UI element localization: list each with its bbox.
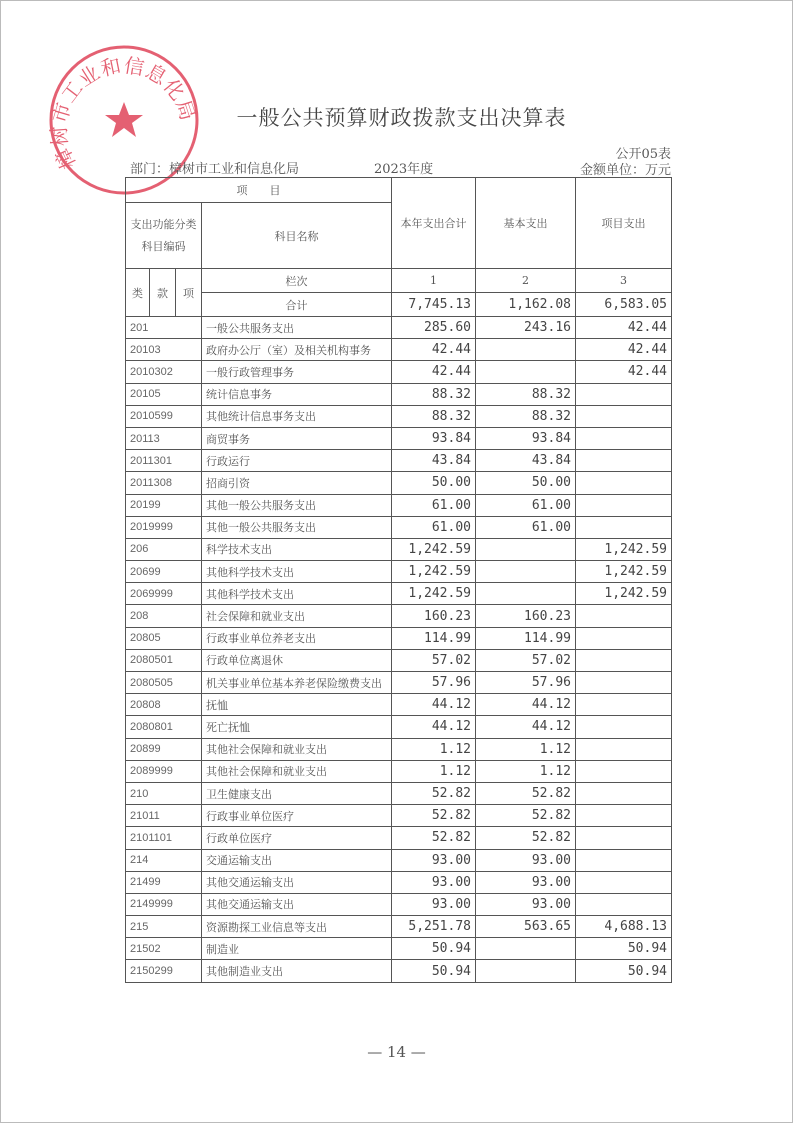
table-row: 21502制造业50.9450.94 [126, 938, 672, 960]
row-basic: 563.65 [476, 916, 576, 938]
row-subject-name: 其他科学技术支出 [202, 583, 392, 605]
row-basic: 61.00 [476, 516, 576, 538]
table-row: 2080505机关事业单位基本养老保险缴费支出57.9657.96 [126, 672, 672, 694]
table-row: 21011行政事业单位医疗52.8252.82 [126, 805, 672, 827]
table-row: 214交通运输支出93.0093.00 [126, 849, 672, 871]
table-row: 2080801死亡抚恤44.1244.12 [126, 716, 672, 738]
row-basic: 52.82 [476, 782, 576, 804]
row-code: 2080801 [126, 716, 202, 738]
row-project: 42.44 [576, 317, 672, 339]
row-total: 93.00 [392, 871, 476, 893]
row-project [576, 383, 672, 405]
row-code: 2080505 [126, 672, 202, 694]
row-code: 20899 [126, 738, 202, 760]
row-total: 50.00 [392, 472, 476, 494]
table-row: 210卫生健康支出52.8252.82 [126, 782, 672, 804]
row-code: 20105 [126, 383, 202, 405]
row-basic: 43.84 [476, 450, 576, 472]
table-row: 2010599其他统计信息事务支出88.3288.32 [126, 405, 672, 427]
row-project [576, 627, 672, 649]
row-basic: 93.00 [476, 893, 576, 915]
row-total: 52.82 [392, 827, 476, 849]
row-project: 50.94 [576, 938, 672, 960]
row-code: 2080501 [126, 649, 202, 671]
row-total: 1.12 [392, 738, 476, 760]
header-column-index-label: 栏次 [202, 269, 392, 293]
row-project [576, 738, 672, 760]
sum-total: 7,745.13 [392, 293, 476, 317]
row-project: 42.44 [576, 361, 672, 383]
row-total: 42.44 [392, 339, 476, 361]
row-project [576, 782, 672, 804]
row-subject-name: 行政单位医疗 [202, 827, 392, 849]
table-row: 20113商贸事务93.8493.84 [126, 427, 672, 449]
row-basic [476, 561, 576, 583]
row-basic [476, 361, 576, 383]
row-code: 2089999 [126, 760, 202, 782]
row-total: 88.32 [392, 383, 476, 405]
row-project [576, 805, 672, 827]
row-subject-name: 其他科学技术支出 [202, 561, 392, 583]
sum-row: 合计 7,745.13 1,162.08 6,583.05 [126, 293, 672, 317]
header-lei: 类 [126, 269, 150, 317]
row-basic: 88.32 [476, 405, 576, 427]
department-label: 部门：樟树市工业和信息化局 [130, 158, 299, 177]
row-subject-name: 交通运输支出 [202, 849, 392, 871]
row-subject-name: 一般行政管理事务 [202, 361, 392, 383]
row-subject-name: 卫生健康支出 [202, 782, 392, 804]
row-basic: 88.32 [476, 383, 576, 405]
header-col-project: 项目支出 [576, 178, 672, 269]
row-code: 2019999 [126, 516, 202, 538]
row-basic: 1.12 [476, 738, 576, 760]
table-row: 2150299其他制造业支出50.9450.94 [126, 960, 672, 982]
row-total: 44.12 [392, 694, 476, 716]
row-project [576, 694, 672, 716]
row-project [576, 472, 672, 494]
header-code-group: 支出功能分类 科目编码 [126, 203, 202, 269]
row-basic: 93.84 [476, 427, 576, 449]
row-basic [476, 960, 576, 982]
row-basic [476, 583, 576, 605]
row-project [576, 516, 672, 538]
row-basic: 61.00 [476, 494, 576, 516]
row-basic: 93.00 [476, 849, 576, 871]
sum-label: 合计 [202, 293, 392, 317]
row-project: 1,242.59 [576, 583, 672, 605]
header-col-basic: 基本支出 [476, 178, 576, 269]
row-total: 42.44 [392, 361, 476, 383]
row-total: 1,242.59 [392, 538, 476, 560]
row-subject-name: 其他社会保障和就业支出 [202, 760, 392, 782]
row-code: 2010302 [126, 361, 202, 383]
row-basic [476, 538, 576, 560]
row-subject-name: 行政事业单位医疗 [202, 805, 392, 827]
table-row: 20808抚恤44.1244.12 [126, 694, 672, 716]
fiscal-year: 2023年度 [374, 158, 433, 177]
row-code: 208 [126, 605, 202, 627]
row-basic: 50.00 [476, 472, 576, 494]
header-col-total: 本年支出合计 [392, 178, 476, 269]
sum-project: 6,583.05 [576, 293, 672, 317]
row-code: 20113 [126, 427, 202, 449]
row-code: 21011 [126, 805, 202, 827]
table-row: 206科学技术支出1,242.591,242.59 [126, 538, 672, 560]
row-total: 5,251.78 [392, 916, 476, 938]
row-basic: 44.12 [476, 716, 576, 738]
header-kuan: 款 [150, 269, 176, 317]
row-subject-name: 科学技术支出 [202, 538, 392, 560]
row-subject-name: 政府办公厅（室）及相关机构事务 [202, 339, 392, 361]
table-row: 20899其他社会保障和就业支出1.121.12 [126, 738, 672, 760]
row-code: 206 [126, 538, 202, 560]
row-total: 50.94 [392, 960, 476, 982]
row-project [576, 605, 672, 627]
row-project [576, 827, 672, 849]
row-project [576, 405, 672, 427]
table-row: 20103政府办公厅（室）及相关机构事务42.4442.44 [126, 339, 672, 361]
column-index-3: 3 [576, 269, 672, 293]
row-subject-name: 行政单位离退休 [202, 649, 392, 671]
row-code: 20103 [126, 339, 202, 361]
row-project [576, 672, 672, 694]
header-item: 项 目 [126, 178, 392, 203]
row-code: 215 [126, 916, 202, 938]
row-basic: 93.00 [476, 871, 576, 893]
table-row: 20199其他一般公共服务支出61.0061.00 [126, 494, 672, 516]
header-code-group-line1: 支出功能分类 [130, 214, 197, 236]
row-subject-name: 资源勘探工业信息等支出 [202, 916, 392, 938]
row-subject-name: 其他一般公共服务支出 [202, 494, 392, 516]
table-row: 20105统计信息事务88.3288.32 [126, 383, 672, 405]
row-total: 52.82 [392, 805, 476, 827]
row-subject-name: 统计信息事务 [202, 383, 392, 405]
row-code: 2011308 [126, 472, 202, 494]
row-subject-name: 机关事业单位基本养老保险缴费支出 [202, 672, 392, 694]
row-code: 2101101 [126, 827, 202, 849]
row-project: 50.94 [576, 960, 672, 982]
row-total: 43.84 [392, 450, 476, 472]
row-total: 1,242.59 [392, 583, 476, 605]
row-total: 114.99 [392, 627, 476, 649]
table-row: 2019999其他一般公共服务支出61.0061.00 [126, 516, 672, 538]
row-subject-name: 其他交通运输支出 [202, 871, 392, 893]
row-code: 2010599 [126, 405, 202, 427]
sum-basic: 1,162.08 [476, 293, 576, 317]
row-code: 20199 [126, 494, 202, 516]
table-row: 21499其他交通运输支出93.0093.00 [126, 871, 672, 893]
row-total: 285.60 [392, 317, 476, 339]
row-code: 2150299 [126, 960, 202, 982]
table-row: 20805行政事业单位养老支出114.99114.99 [126, 627, 672, 649]
row-subject-name: 招商引资 [202, 472, 392, 494]
row-subject-name: 社会保障和就业支出 [202, 605, 392, 627]
row-subject-name: 行政运行 [202, 450, 392, 472]
row-subject-name: 其他统计信息事务支出 [202, 405, 392, 427]
row-project [576, 649, 672, 671]
row-project: 42.44 [576, 339, 672, 361]
row-basic: 57.96 [476, 672, 576, 694]
table-row: 215资源勘探工业信息等支出5,251.78563.654,688.13 [126, 916, 672, 938]
table-row: 2069999其他科学技术支出1,242.591,242.59 [126, 583, 672, 605]
row-total: 1,242.59 [392, 561, 476, 583]
row-code: 2149999 [126, 893, 202, 915]
row-code: 214 [126, 849, 202, 871]
header-subject-name: 科目名称 [202, 203, 392, 269]
row-total: 61.00 [392, 494, 476, 516]
row-total: 1.12 [392, 760, 476, 782]
row-total: 61.00 [392, 516, 476, 538]
row-subject-name: 其他交通运输支出 [202, 893, 392, 915]
row-total: 93.00 [392, 893, 476, 915]
row-basic: 114.99 [476, 627, 576, 649]
table-row: 2011301行政运行43.8443.84 [126, 450, 672, 472]
row-total: 50.94 [392, 938, 476, 960]
row-project: 1,242.59 [576, 538, 672, 560]
table-row: 2149999其他交通运输支出93.0093.00 [126, 893, 672, 915]
row-subject-name: 死亡抚恤 [202, 716, 392, 738]
header-row-item: 项 目 本年支出合计 基本支出 项目支出 [126, 178, 672, 203]
expenditure-table: 项 目 本年支出合计 基本支出 项目支出 支出功能分类 科目编码 科目名称 类 … [125, 177, 672, 983]
row-code: 210 [126, 782, 202, 804]
row-basic [476, 938, 576, 960]
row-project [576, 849, 672, 871]
row-project [576, 871, 672, 893]
row-project [576, 427, 672, 449]
row-subject-name: 其他社会保障和就业支出 [202, 738, 392, 760]
page-number: — 14 — [0, 1043, 793, 1061]
row-basic: 57.02 [476, 649, 576, 671]
table-row: 2089999其他社会保障和就业支出1.121.12 [126, 760, 672, 782]
row-project [576, 450, 672, 472]
row-code: 20805 [126, 627, 202, 649]
row-project [576, 760, 672, 782]
table-row: 201一般公共服务支出285.60243.1642.44 [126, 317, 672, 339]
table-row: 2101101行政单位医疗52.8252.82 [126, 827, 672, 849]
table-row: 20699其他科学技术支出1,242.591,242.59 [126, 561, 672, 583]
row-basic: 243.16 [476, 317, 576, 339]
row-basic: 1.12 [476, 760, 576, 782]
row-subject-name: 一般公共服务支出 [202, 317, 392, 339]
row-subject-name: 行政事业单位养老支出 [202, 627, 392, 649]
header-xiang: 项 [176, 269, 202, 317]
row-code: 21502 [126, 938, 202, 960]
row-total: 57.02 [392, 649, 476, 671]
row-total: 44.12 [392, 716, 476, 738]
row-code: 20808 [126, 694, 202, 716]
row-project [576, 494, 672, 516]
row-total: 52.82 [392, 782, 476, 804]
row-project: 4,688.13 [576, 916, 672, 938]
row-project [576, 893, 672, 915]
table-row: 2010302一般行政管理事务42.4442.44 [126, 361, 672, 383]
row-basic: 52.82 [476, 827, 576, 849]
row-project [576, 716, 672, 738]
header-code-group-line2: 科目编码 [130, 236, 197, 258]
row-subject-name: 制造业 [202, 938, 392, 960]
row-total: 93.84 [392, 427, 476, 449]
row-total: 88.32 [392, 405, 476, 427]
row-code: 2069999 [126, 583, 202, 605]
table-row: 2011308招商引资50.0050.00 [126, 472, 672, 494]
table-row: 208社会保障和就业支出160.23160.23 [126, 605, 672, 627]
row-code: 201 [126, 317, 202, 339]
row-basic: 160.23 [476, 605, 576, 627]
table-row: 2080501行政单位离退休57.0257.02 [126, 649, 672, 671]
row-subject-name: 商贸事务 [202, 427, 392, 449]
row-total: 57.96 [392, 672, 476, 694]
header-row-index: 类 款 项 栏次 1 2 3 [126, 269, 672, 293]
amount-unit: 金额单位：万元 [580, 159, 671, 178]
row-code: 20699 [126, 561, 202, 583]
row-basic [476, 339, 576, 361]
row-subject-name: 其他一般公共服务支出 [202, 516, 392, 538]
row-subject-name: 其他制造业支出 [202, 960, 392, 982]
row-basic: 44.12 [476, 694, 576, 716]
document-title: 一般公共预算财政拨款支出决算表 [0, 102, 793, 132]
row-code: 21499 [126, 871, 202, 893]
row-total: 93.00 [392, 849, 476, 871]
row-total: 160.23 [392, 605, 476, 627]
row-basic: 52.82 [476, 805, 576, 827]
row-project: 1,242.59 [576, 561, 672, 583]
row-code: 2011301 [126, 450, 202, 472]
row-subject-name: 抚恤 [202, 694, 392, 716]
column-index-1: 1 [392, 269, 476, 293]
column-index-2: 2 [476, 269, 576, 293]
